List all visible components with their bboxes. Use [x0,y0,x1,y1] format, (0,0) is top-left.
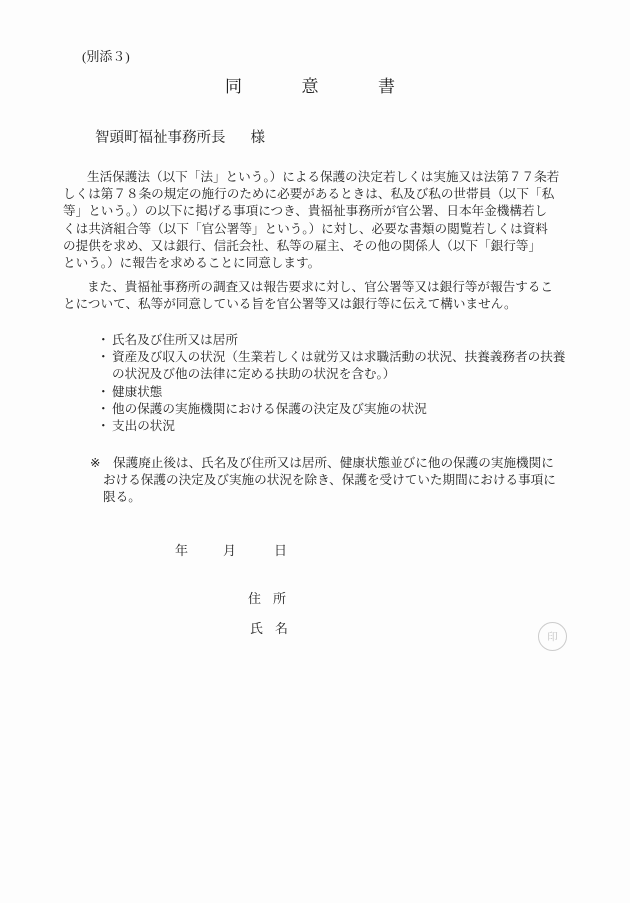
seal-label: 印 [547,629,558,644]
body-paragraph-1: 生活保護法（以下「法」という。）による保護の決定若しくは実施又は法第７７条若 し… [63,169,563,272]
month-label: 月 [223,542,236,560]
bullet-icon: ・ [97,332,112,349]
list-item-text: 資産及び収入の状況（生業若しくは就労又は求職活動の状況、扶養義務者の扶養 [112,349,567,366]
paragraph-line: くは共済組合等（以下「官公署等」という。）に対し、必要な書類の閲覧若しくは資料 [63,221,563,238]
paragraph-line: の提供を求め、又は銀行、信託会社、私等の雇主、その他の関係人（以下「銀行等」 [63,238,563,255]
bullet-icon: ・ [97,401,112,418]
page-title: 同 意 書 [225,76,395,98]
consent-form-page: (別添３) 同 意 書 智頭町福祉事務所長 様 生活保護法（以下「法」という。）… [0,0,630,903]
paragraph-line: とについて、私等が同意している旨を官公署等又は銀行等に伝えて構いません。 [63,296,563,313]
reference-mark-icon: ※ [90,455,103,472]
note-line: 保護廃止後は、氏名及び住所又は居所、健康状態並びに他の保護の実施機関に [113,455,554,472]
paragraph-line: 等」という。）の以下に掲げる事項につき、貴福祉事務所が官公署、日本年金機構若し [63,203,563,220]
paragraph-line: という。）に報告を求めることに同意します。 [63,255,563,272]
list-item-text: 他の保護の実施機関における保護の決定及び実施の状況 [112,401,567,418]
addressee-name: 智頭町福祉事務所長 [95,129,226,148]
bullet-icon: ・ [97,418,112,435]
day-label: 日 [274,542,287,560]
title-char: 書 [378,76,395,98]
disclosure-item-list: ・ 氏名及び住所又は居所 ・ 資産及び収入の状況（生業若しくは就労又は求職活動の… [97,332,567,435]
address-label-char: 住 [248,590,261,608]
list-item-text: 氏名及び住所又は居所 [112,332,567,349]
list-item-text: 健康状態 [112,384,567,401]
bullet-icon: ・ [97,349,112,366]
list-item: ・ 資産及び収入の状況（生業若しくは就労又は求職活動の状況、扶養義務者の扶養 の… [97,349,567,383]
note-line: 限る。 [103,489,565,506]
title-char: 意 [302,76,319,98]
attachment-label: (別添３) [82,48,130,66]
inkan-seal-icon: 印 [538,622,567,651]
note-line: おける保護の決定及び実施の状況を除き、保護を受けていた期間における事項に [103,472,565,489]
note-block: ※ 保護廃止後は、氏名及び住所又は居所、健康状態並びに他の保護の実施機関に おけ… [90,455,565,507]
bullet-icon: ・ [97,384,112,401]
list-item: ・ 支出の状況 [97,418,567,435]
list-item: ・ 健康状態 [97,384,567,401]
paragraph-line: 生活保護法（以下「法」という。）による保護の決定若しくは実施又は法第７７条若 [63,169,563,186]
address-field-label: 住 所 [248,590,286,608]
year-label: 年 [175,542,188,560]
list-item: ・ 氏名及び住所又は居所 [97,332,567,349]
title-char: 同 [225,76,242,98]
body-paragraph-2: また、貴福祉事務所の調査又は報告要求に対し、官公署等又は銀行等が報告するこ とに… [63,279,563,313]
name-label-char: 氏 [250,620,263,638]
paragraph-line: しくは第７８条の規定の施行のために必要があるときは、私及び私の世帯員（以下「私 [63,186,563,203]
honorific-label: 様 [251,129,266,148]
paragraph-line: また、貴福祉事務所の調査又は報告要求に対し、官公署等又は銀行等が報告するこ [63,279,563,296]
address-label-char: 所 [273,590,286,608]
addressee-line: 智頭町福祉事務所長 様 [95,129,265,148]
date-line: 年 月 日 [175,542,287,560]
name-label-char: 名 [275,620,288,638]
list-item: ・ 他の保護の実施機関における保護の決定及び実施の状況 [97,401,567,418]
name-field-label: 氏 名 [250,620,288,638]
list-item-text: 支出の状況 [112,418,567,435]
list-item-text: の状況及び他の法律に定める扶助の状況を含む。） [112,366,567,383]
